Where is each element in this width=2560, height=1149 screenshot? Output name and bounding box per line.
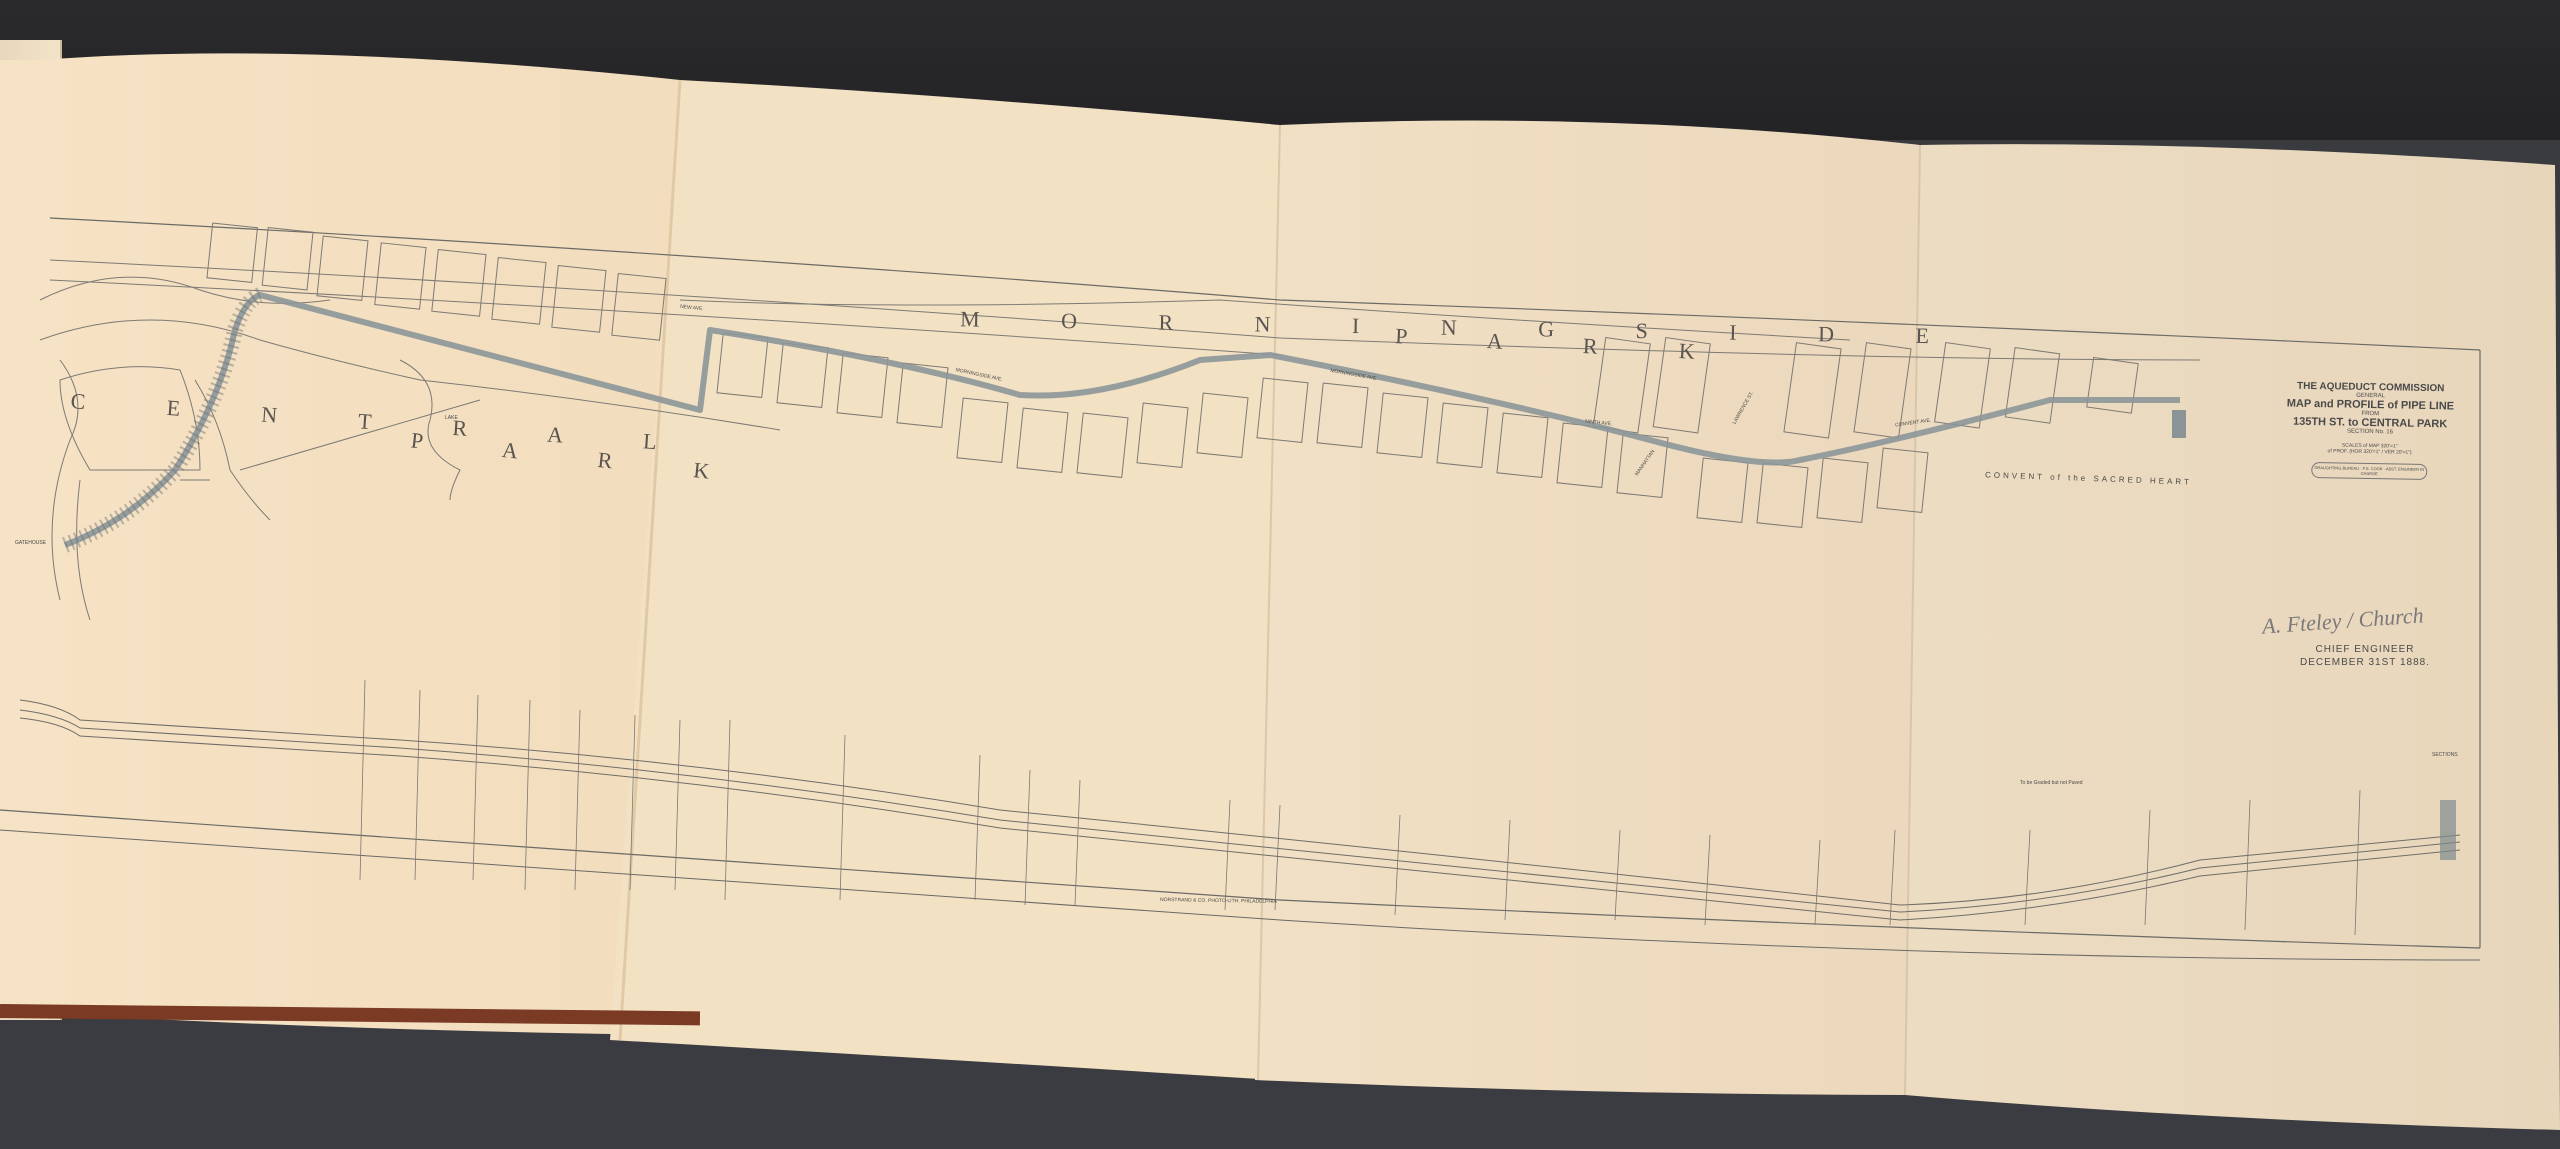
label-profile-note: To be Graded but not Paved	[2020, 780, 2083, 786]
profile-section-marker	[2440, 800, 2456, 860]
draughting-bureau-stamp: DRAUGHTING BUREAU · F.S. COOK · ASST. EN…	[2311, 462, 2427, 480]
gatehouse-marker	[2172, 410, 2186, 438]
label-lake: LAKE	[445, 415, 458, 421]
map-sheet	[0, 0, 2560, 1149]
fold-panel-2	[610, 80, 1280, 1080]
fold-panel-3	[1255, 121, 1920, 1096]
map-date: DECEMBER 31ST 1888.	[2300, 656, 2430, 669]
chief-engineer-label: CHIEF ENGINEER	[2300, 643, 2430, 656]
fold-panel-1	[0, 53, 680, 1035]
label-gatehouse: GATEHOUSE	[15, 540, 46, 546]
scales: SCALES of MAP 320'=1" of PROF. {HOR 320'…	[2250, 441, 2490, 457]
signature-block: CHIEF ENGINEER DECEMBER 31ST 1888.	[2300, 643, 2430, 669]
title-block: THE AQUEDUCT COMMISSION GENERAL MAP and …	[2249, 380, 2491, 481]
fold-panel-4	[1905, 144, 2560, 1130]
scale-profile: of PROF. {HOR 320'=1" / VER 20'=1"}	[2328, 448, 2412, 455]
label-sections: SECTIONS	[2432, 752, 2458, 758]
